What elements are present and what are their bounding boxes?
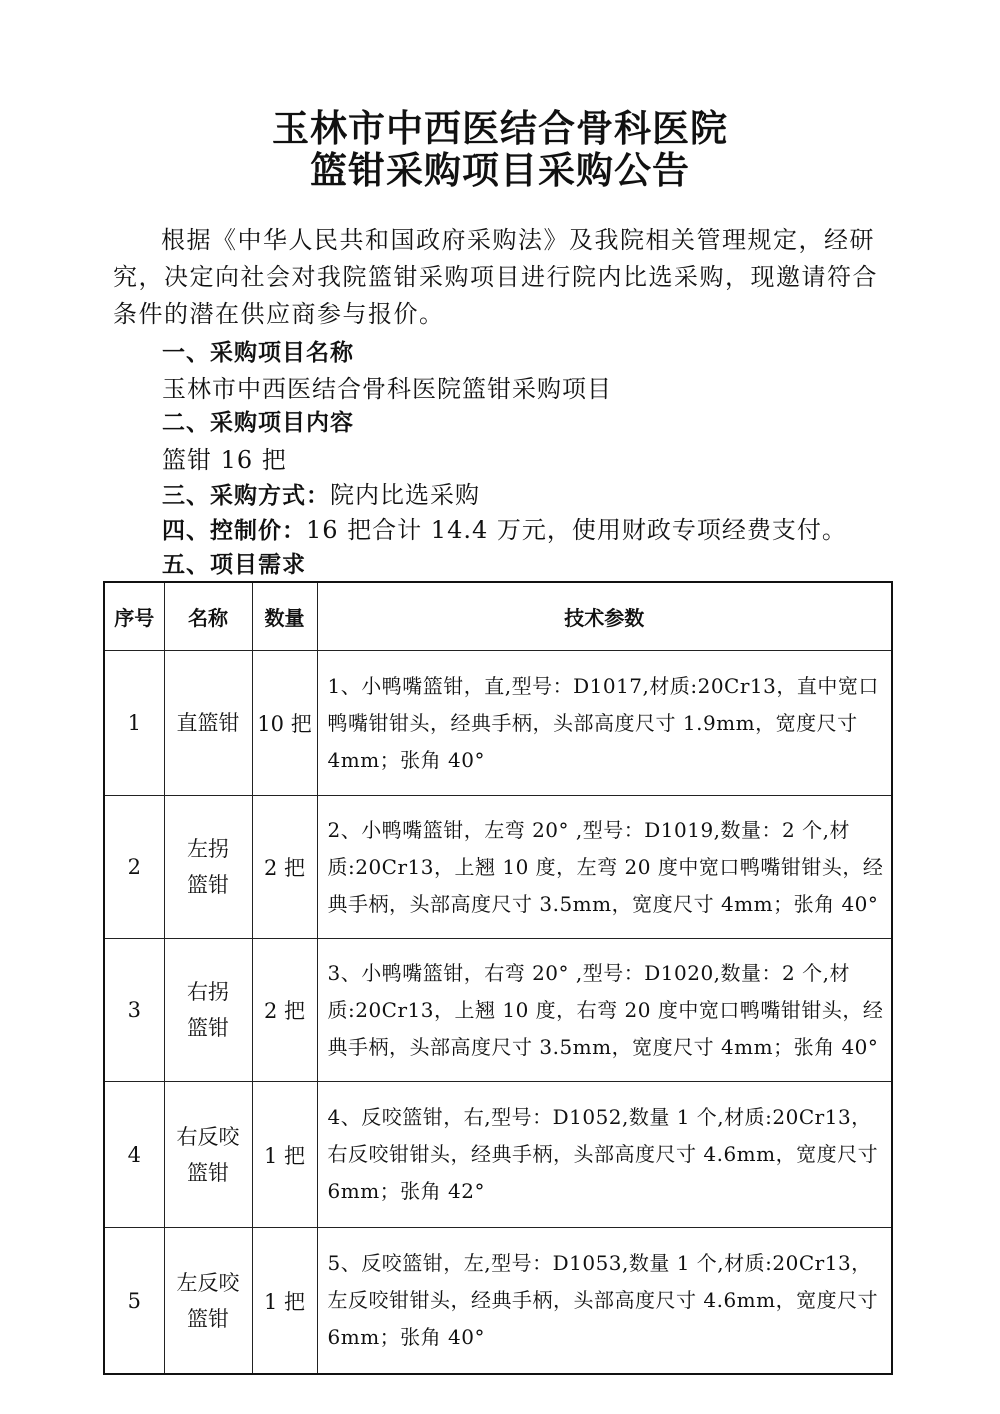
cell-name: 左拐 篮钳 [164,796,252,939]
cell-spec: 1、小鸭嘴篮钳，直,型号：D1017,材质:20Cr13，直中宽口鸭嘴钳钳头，经… [317,651,892,796]
cell-no: 1 [104,651,164,796]
cell-name: 左反咬 篮钳 [164,1228,252,1375]
cell-spec: 4、反咬篮钳，右,型号：D1052,数量 1 个,材质:20Cr13，右反咬钳钳… [317,1082,892,1228]
cell-qty: 2 把 [252,939,317,1082]
cell-no: 2 [104,796,164,939]
col-header-name: 名称 [164,582,252,651]
cell-qty: 2 把 [252,796,317,939]
col-header-qty: 数量 [252,582,317,651]
section-2-heading: 二、采购项目内容 [162,404,354,437]
section-3-heading: 三、采购方式： [162,483,330,509]
requirements-table: 序号 名称 数量 技术参数 1 直篮钳 10 把 1、小鸭嘴篮钳，直,型号：D1… [103,581,893,1375]
cell-name: 右反咬 篮钳 [164,1082,252,1228]
cell-qty: 10 把 [252,651,317,796]
document-title-line2: 篮钳采购项目采购公告 [0,140,1000,194]
section-4-heading: 四、控制价： [162,518,306,544]
section-1-body: 玉林市中西医结合骨科医院篮钳采购项目 [162,369,612,404]
cell-no: 5 [104,1228,164,1375]
section-5-heading: 五、项目需求 [162,546,306,579]
table-row: 4 右反咬 篮钳 1 把 4、反咬篮钳，右,型号：D1052,数量 1 个,材质… [104,1082,892,1228]
table-row: 5 左反咬 篮钳 1 把 5、反咬篮钳，左,型号：D1053,数量 1 个,材质… [104,1228,892,1375]
cell-spec: 2、小鸭嘴篮钳，左弯 20° ,型号：D1019,数量：2 个,材质:20Cr1… [317,796,892,939]
col-header-spec: 技术参数 [317,582,892,651]
table-row: 1 直篮钳 10 把 1、小鸭嘴篮钳，直,型号：D1017,材质:20Cr13，… [104,651,892,796]
table-header-row: 序号 名称 数量 技术参数 [104,582,892,651]
section-2-body: 篮钳 16 把 [162,440,287,475]
section-3-value: 院内比选采购 [330,481,480,509]
cell-no: 3 [104,939,164,1082]
section-4-value: 16 把合计 14.4 万元，使用财政专项经费支付。 [306,516,847,544]
col-header-no: 序号 [104,582,164,651]
cell-qty: 1 把 [252,1082,317,1228]
cell-no: 4 [104,1082,164,1228]
table-row: 2 左拐 篮钳 2 把 2、小鸭嘴篮钳，左弯 20° ,型号：D1019,数量：… [104,796,892,939]
cell-spec: 3、小鸭嘴篮钳，右弯 20° ,型号：D1020,数量：2 个,材质:20Cr1… [317,939,892,1082]
table-row: 3 右拐 篮钳 2 把 3、小鸭嘴篮钳，右弯 20° ,型号：D1020,数量：… [104,939,892,1082]
section-3-line: 三、采购方式：院内比选采购 [162,475,480,510]
cell-spec: 5、反咬篮钳，左,型号：D1053,数量 1 个,材质:20Cr13，左反咬钳钳… [317,1228,892,1375]
intro-paragraph: 根据《中华人民共和国政府采购法》及我院相关管理规定，经研究，决定向社会对我院篮钳… [113,222,893,333]
section-1-heading: 一、采购项目名称 [162,334,354,367]
document-page: 玉林市中西医结合骨科医院 篮钳采购项目采购公告 根据《中华人民共和国政府采购法》… [0,0,1000,1414]
cell-qty: 1 把 [252,1228,317,1375]
cell-name: 直篮钳 [164,651,252,796]
section-4-line: 四、控制价：16 把合计 14.4 万元，使用财政专项经费支付。 [162,510,847,545]
cell-name: 右拐 篮钳 [164,939,252,1082]
